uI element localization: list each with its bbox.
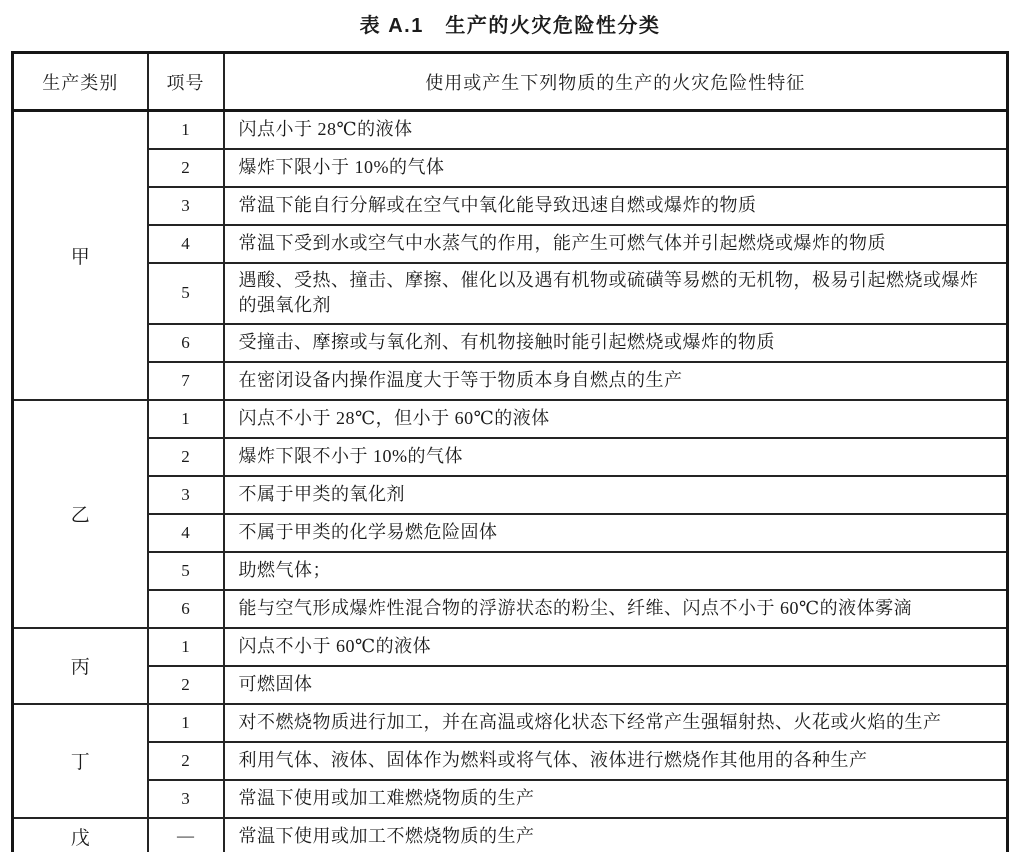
header-item-no: 项号 (148, 53, 224, 111)
item-no-cell: 5 (148, 263, 224, 324)
table-row: 7 在密闭设备内操作温度大于等于物质本身自燃点的生产 (13, 362, 1008, 400)
feature-cell: 不属于甲类的氧化剂 (224, 476, 1008, 514)
feature-cell: 常温下使用或加工不燃烧物质的生产 (224, 818, 1008, 852)
table-row: 丙 1 闪点不小于 60℃的液体 (13, 628, 1008, 666)
item-no-cell: 3 (148, 187, 224, 225)
table-row: 3 不属于甲类的氧化剂 (13, 476, 1008, 514)
table-row: 6 能与空气形成爆炸性混合物的浮游状态的粉尘、纤维、闪点不小于 60℃的液体雾滴 (13, 590, 1008, 628)
item-no-cell: 1 (148, 628, 224, 666)
feature-cell: 常温下能自行分解或在空气中氧化能导致迅速自燃或爆炸的物质 (224, 187, 1008, 225)
table-row: 2 可燃固体 (13, 666, 1008, 704)
table-row: 乙 1 闪点不小于 28℃，但小于 60℃的液体 (13, 400, 1008, 438)
item-no-cell: 1 (148, 704, 224, 742)
item-no-cell: 6 (148, 590, 224, 628)
feature-cell: 闪点不小于 60℃的液体 (224, 628, 1008, 666)
table-row: 4 不属于甲类的化学易燃危险固体 (13, 514, 1008, 552)
feature-cell: 常温下使用或加工难燃烧物质的生产 (224, 780, 1008, 818)
table-row: 5 遇酸、受热、撞击、摩擦、催化以及遇有机物或硫磺等易燃的无机物，极易引起燃烧或… (13, 263, 1008, 324)
table-row: 3 常温下使用或加工难燃烧物质的生产 (13, 780, 1008, 818)
document-page: 表 A.1 生产的火灾危险性分类 生产类别 项号 使用或产生下列物质的生产的火灾… (0, 0, 1020, 852)
category-cell-jia: 甲 (13, 111, 148, 400)
feature-cell: 可燃固体 (224, 666, 1008, 704)
feature-cell: 爆炸下限不小于 10%的气体 (224, 438, 1008, 476)
item-no-cell: 2 (148, 666, 224, 704)
header-row: 生产类别 项号 使用或产生下列物质的生产的火灾危险性特征 (13, 53, 1008, 111)
table-row: 2 爆炸下限不小于 10%的气体 (13, 438, 1008, 476)
header-category: 生产类别 (13, 53, 148, 111)
header-feature: 使用或产生下列物质的生产的火灾危险性特征 (224, 53, 1008, 111)
category-cell-ding: 丁 (13, 704, 148, 818)
feature-cell: 闪点不小于 28℃，但小于 60℃的液体 (224, 400, 1008, 438)
category-cell-wu: 戊 (13, 818, 148, 852)
feature-cell: 利用气体、液体、固体作为燃料或将气体、液体进行燃烧作其他用的各种生产 (224, 742, 1008, 780)
item-no-cell: 1 (148, 111, 224, 149)
feature-cell: 遇酸、受热、撞击、摩擦、催化以及遇有机物或硫磺等易燃的无机物，极易引起燃烧或爆炸… (224, 263, 1008, 324)
table-row: 甲 1 闪点小于 28℃的液体 (13, 111, 1008, 149)
item-no-cell: 3 (148, 780, 224, 818)
table-row: 2 利用气体、液体、固体作为燃料或将气体、液体进行燃烧作其他用的各种生产 (13, 742, 1008, 780)
item-no-cell: 3 (148, 476, 224, 514)
category-cell-bing: 丙 (13, 628, 148, 704)
feature-cell: 在密闭设备内操作温度大于等于物质本身自燃点的生产 (224, 362, 1008, 400)
table-title: 表 A.1 生产的火灾危险性分类 (0, 9, 1020, 38)
table-row: 3 常温下能自行分解或在空气中氧化能导致迅速自燃或爆炸的物质 (13, 187, 1008, 225)
table-row: 2 爆炸下限小于 10%的气体 (13, 149, 1008, 187)
feature-cell: 对不燃烧物质进行加工，并在高温或熔化状态下经常产生强辐射热、火花或火焰的生产 (224, 704, 1008, 742)
table-row: 4 常温下受到水或空气中水蒸气的作用，能产生可燃气体并引起燃烧或爆炸的物质 (13, 225, 1008, 263)
feature-cell: 不属于甲类的化学易燃危险固体 (224, 514, 1008, 552)
table-row: 戊 — 常温下使用或加工不燃烧物质的生产 (13, 818, 1008, 852)
feature-cell: 爆炸下限小于 10%的气体 (224, 149, 1008, 187)
item-no-cell: 1 (148, 400, 224, 438)
item-no-cell: 4 (148, 225, 224, 263)
category-cell-yi: 乙 (13, 400, 148, 628)
feature-cell: 受撞击、摩擦或与氧化剂、有机物接触时能引起燃烧或爆炸的物质 (224, 324, 1008, 362)
item-no-cell: 2 (148, 149, 224, 187)
item-no-cell: 2 (148, 742, 224, 780)
feature-cell: 常温下受到水或空气中水蒸气的作用，能产生可燃气体并引起燃烧或爆炸的物质 (224, 225, 1008, 263)
item-no-cell: 5 (148, 552, 224, 590)
feature-cell: 能与空气形成爆炸性混合物的浮游状态的粉尘、纤维、闪点不小于 60℃的液体雾滴 (224, 590, 1008, 628)
table-row: 5 助燃气体； (13, 552, 1008, 590)
fire-hazard-classification-table: 生产类别 项号 使用或产生下列物质的生产的火灾危险性特征 甲 1 闪点小于 28… (11, 51, 1009, 852)
feature-cell: 闪点小于 28℃的液体 (224, 111, 1008, 149)
feature-cell: 助燃气体； (224, 552, 1008, 590)
table-row: 6 受撞击、摩擦或与氧化剂、有机物接触时能引起燃烧或爆炸的物质 (13, 324, 1008, 362)
table-row: 丁 1 对不燃烧物质进行加工，并在高温或熔化状态下经常产生强辐射热、火花或火焰的… (13, 704, 1008, 742)
item-no-cell: 7 (148, 362, 224, 400)
item-no-cell: 4 (148, 514, 224, 552)
item-no-cell: 2 (148, 438, 224, 476)
item-no-cell: — (148, 818, 224, 852)
item-no-cell: 6 (148, 324, 224, 362)
